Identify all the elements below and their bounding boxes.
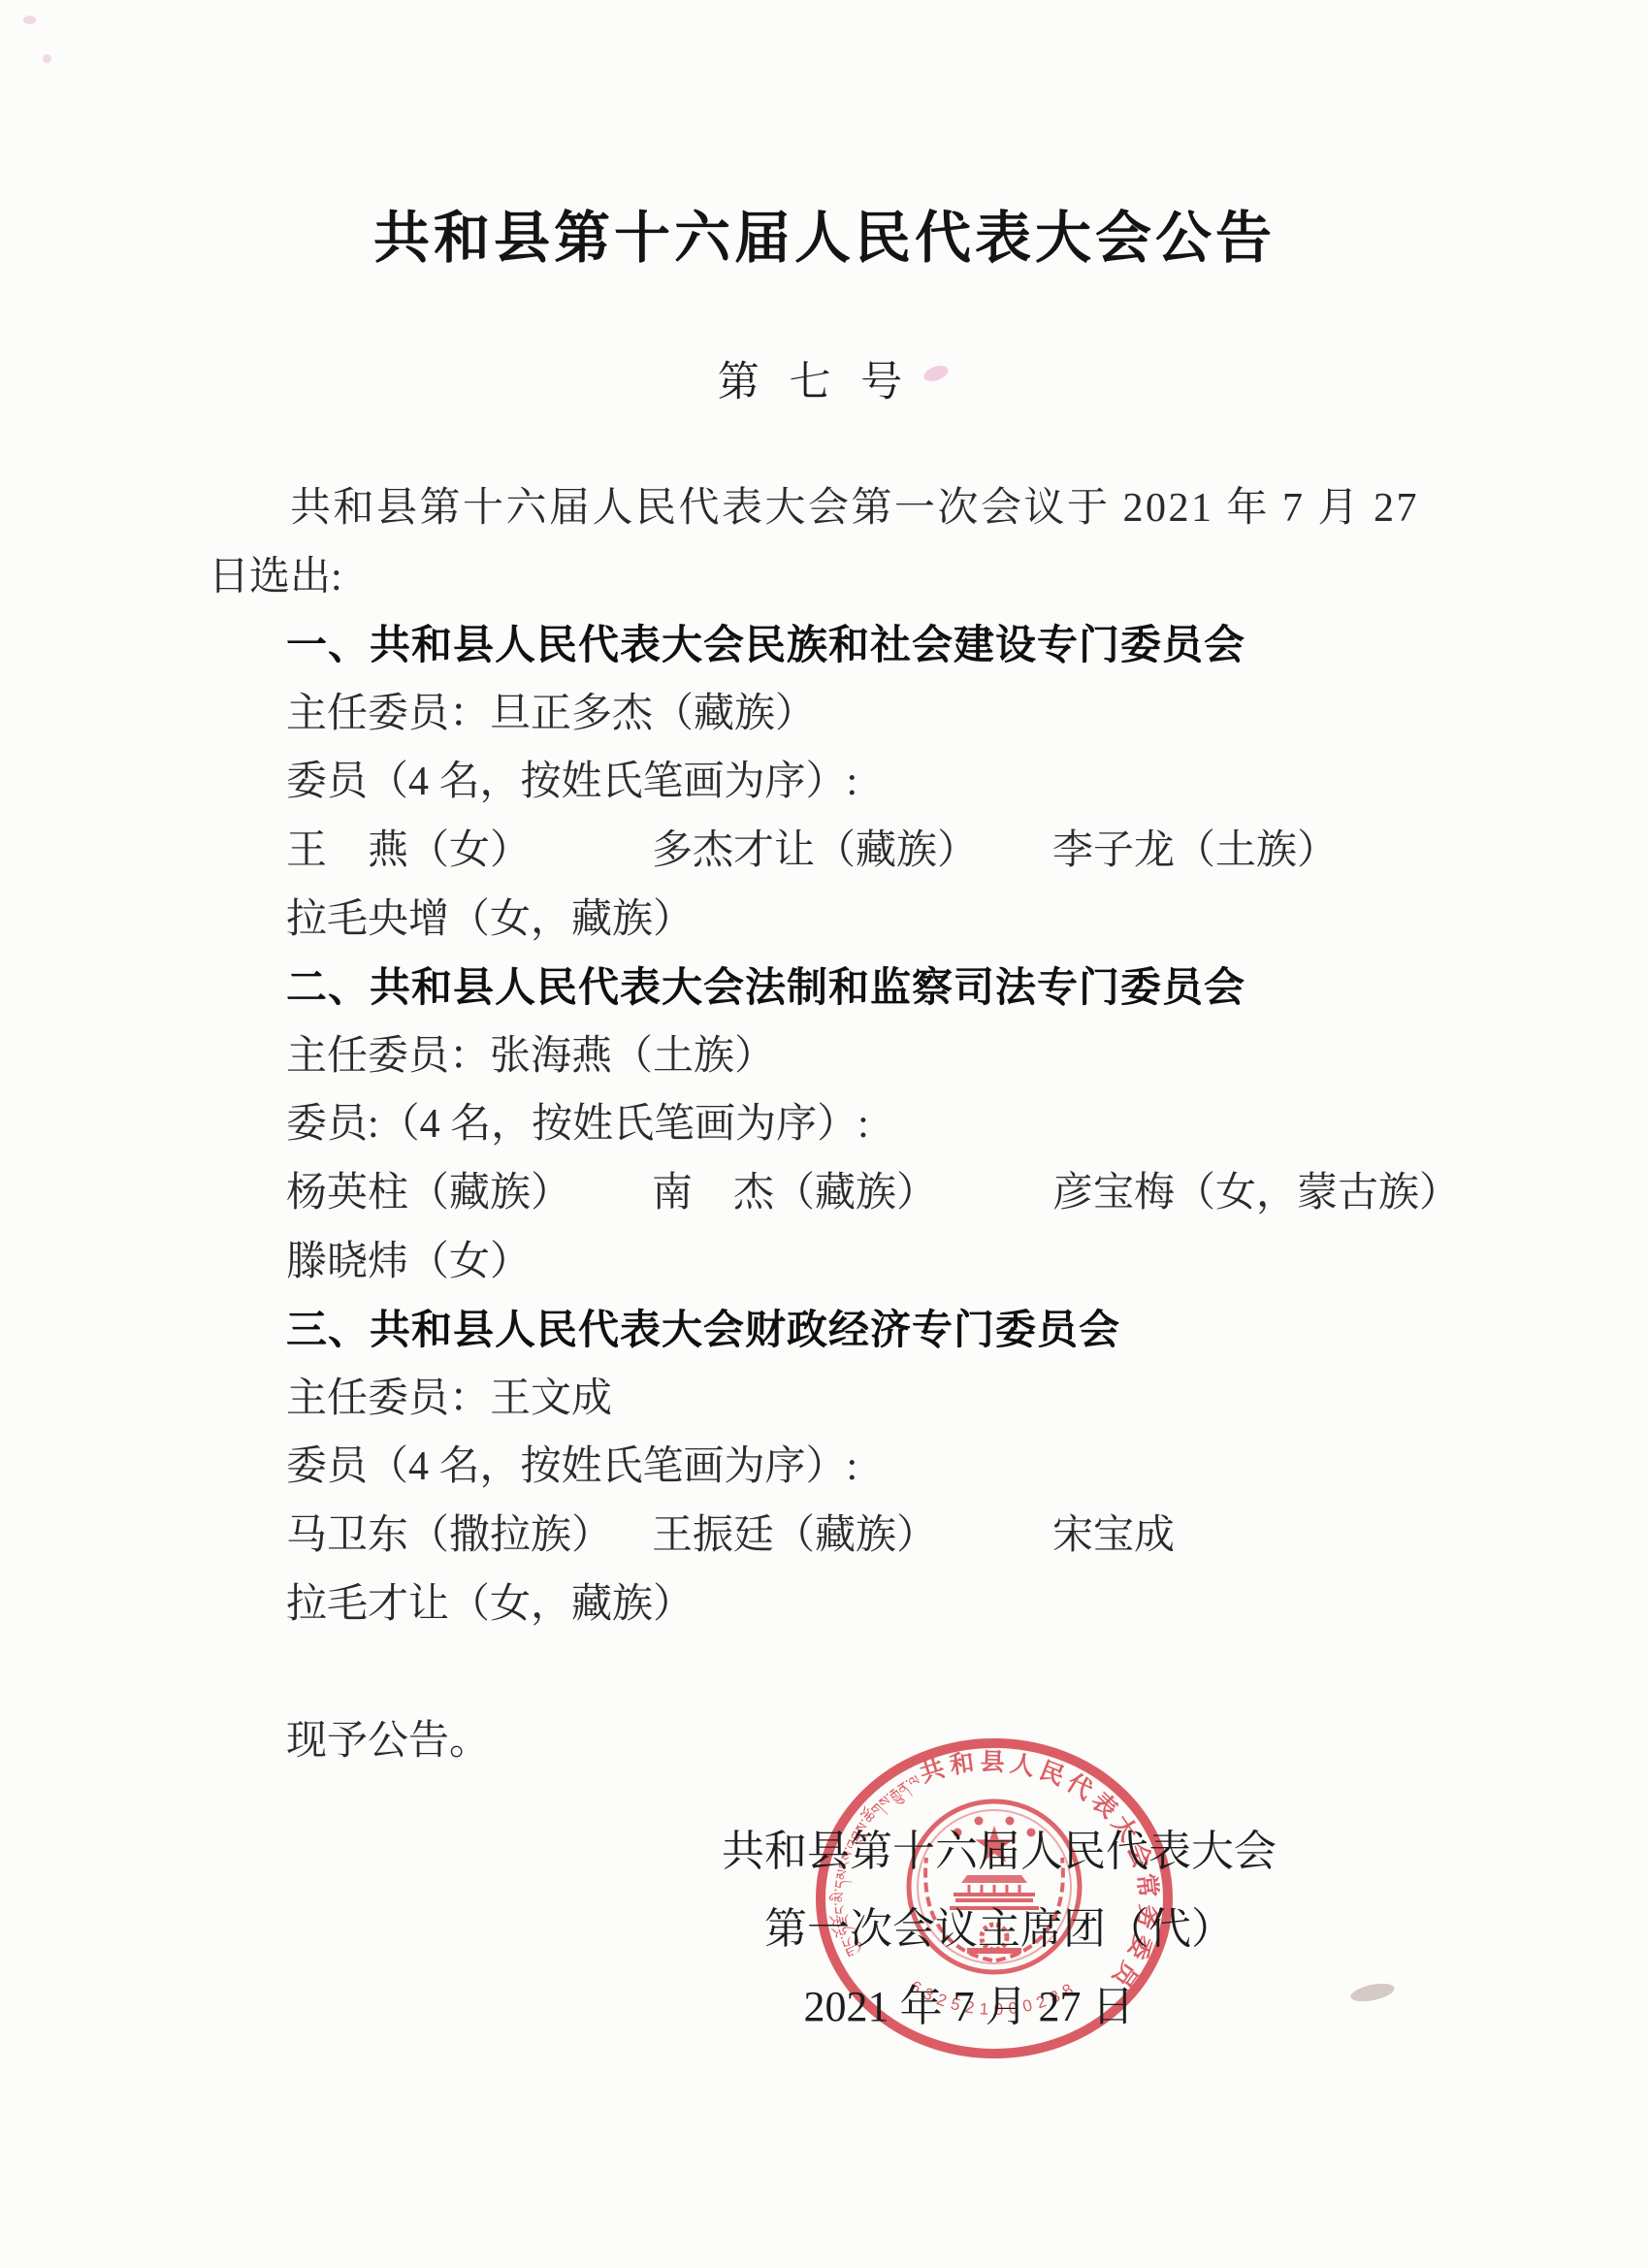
document-title: 共和县第十六届人民代表大会公告	[0, 192, 1649, 274]
closing-statement: 现予公告。	[209, 1707, 1382, 1776]
member-name: 李子龙（土族）	[1052, 817, 1382, 886]
committee-1-heading: 一、共和县人民代表大会民族和社会建设专门委员会	[209, 611, 1382, 680]
intro-line-2: 日选出:	[209, 543, 1382, 612]
intro-line-1: 共和县第十六届人民代表大会第一次会议于 2021 年 7 月 27	[209, 474, 1382, 543]
committee-3-members-row-1: 马卫东（撒拉族） 王振廷（藏族） 宋宝成	[209, 1502, 1382, 1571]
member-name: 彦宝梅（女，蒙古族）	[1052, 1159, 1460, 1228]
document-page: 共和县第十六届人民代表大会公告 第 七 号 共和县第十六届人民代表大会第一次会议…	[0, 0, 1649, 2268]
committee-1-members-label: 委员（4 名，按姓氏笔画为序）:	[209, 748, 1382, 817]
signature-block: 共和县第十六届人民代表大会 第一次会议主席团（代） 2021 年 7 月 27 …	[582, 1813, 1416, 2046]
signature-org-line: 共和县第十六届人民代表大会	[582, 1813, 1416, 1891]
committee-3-heading: 三、共和县人民代表大会财政经济专门委员会	[209, 1296, 1382, 1365]
committee-2-chair: 主任委员：张海燕（土族）	[209, 1022, 1382, 1091]
scan-speck	[23, 16, 36, 24]
committee-2-members-row-2: 滕晓炜（女）	[209, 1228, 1382, 1297]
document-body: 共和县第十六届人民代表大会第一次会议于 2021 年 7 月 27 日选出: 一…	[209, 474, 1382, 1775]
scan-speck	[43, 54, 51, 63]
document-number: 第 七 号	[0, 349, 1630, 408]
member-name: 多杰才让（藏族）	[652, 817, 1052, 886]
committee-2-members-label: 委员:（4 名，按姓氏笔画为序）:	[209, 1090, 1382, 1159]
member-name: 宋宝成	[1052, 1502, 1382, 1571]
member-name: 王 燕（女）	[286, 817, 652, 886]
committee-1-chair: 主任委员：旦正多杰（藏族）	[209, 680, 1382, 749]
blank-line	[209, 1638, 1382, 1707]
committee-3-chair: 主任委员：王文成	[209, 1365, 1382, 1434]
signature-presidium-line: 第一次会议主席团（代）	[582, 1891, 1416, 1968]
member-name: 杨英柱（藏族）	[286, 1159, 652, 1228]
committee-3-members-row-2: 拉毛才让（女，藏族）	[209, 1571, 1382, 1639]
committee-3-members-label: 委员（4 名，按姓氏笔画为序）:	[209, 1433, 1382, 1502]
signature-date: 2021 年 7 月 27 日	[582, 1968, 1356, 2046]
member-name: 王振廷（藏族）	[652, 1502, 1052, 1571]
member-name: 马卫东（撒拉族）	[286, 1502, 652, 1571]
committee-2-heading: 二、共和县人民代表大会法制和监察司法专门委员会	[209, 954, 1382, 1022]
committee-1-members-row-1: 王 燕（女） 多杰才让（藏族） 李子龙（土族）	[209, 817, 1382, 886]
committee-1-members-row-2: 拉毛央增（女，藏族）	[209, 886, 1382, 955]
member-name: 南 杰（藏族）	[652, 1159, 1052, 1228]
committee-2-members-row-1: 杨英柱（藏族） 南 杰（藏族） 彦宝梅（女，蒙古族）	[209, 1159, 1382, 1228]
